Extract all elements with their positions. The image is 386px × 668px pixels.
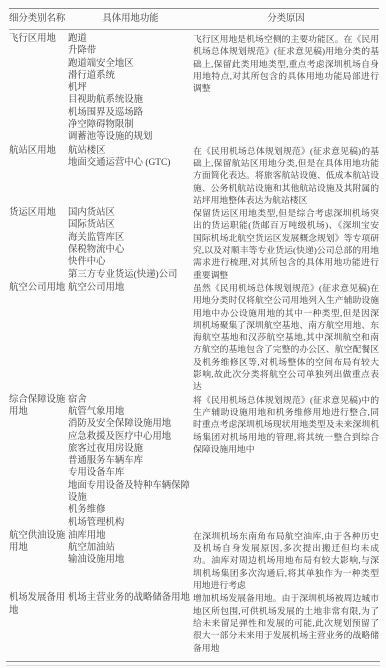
table-row-fuel-supply: 航空供油设施用地 油库用地 航空加油站 输油设施用地 在深圳机场东南角布局航空油… [9,530,379,591]
functions-cell: 航空公司用地 [68,282,193,294]
reason-cell: 虽然《民用机场总体规划规范》(征求意见稿)在用地分类时仅将航空公司用地列入生产辅… [193,282,379,393]
table-row-flight-area: 飞行区用地 跑道 升降带 跑道端安全地区 滑行道系统 机坪 目视助航系统设施 机… [9,33,379,144]
table-body: 飞行区用地 跑道 升降带 跑道端安全地区 滑行道系统 机坪 目视助航系统设施 机… [9,30,379,654]
category-cell: 航空供油设施用地 [9,530,68,555]
reason-cell: 在深圳机场东南角布局航空油库,由于各种历史及机场自身发展原因,多次提出搬迁但均未… [193,530,379,591]
table-row-reserve-land: 机场发展备用地 机场主营业务的战略储备用地 增加机场发展备用地。由于深圳机场被周… [9,592,379,653]
reason-cell: 飞行区用地是机场空侧的主要功能区。在《民用机场总体规划规范》(征求意见稿)用地分… [193,33,379,94]
table-row-support-facilities: 综合保障设施用地 宿舍 航管气象用地 消防及安全保障设施用地 应急救援及医疗中心… [9,394,379,529]
document-page: 细分类别名称 具体用地功能 分类原因 飞行区用地 跑道 升降带 跑道端安全地区 … [0,0,386,668]
table-row-terminal-area: 航站区用地 航站楼区 地面交通运营中心 (GTC) 在《民用机场总体规划规范》(… [9,145,379,206]
header-category-name: 细分类别名称 [9,13,68,25]
reason-cell: 保留货运区用地类型,但是综合考虑深圳机场突出的货运职能(货邮百万吨级机场)、《深… [193,207,379,281]
functions-cell: 国内货站区 国际货站区 海关监管库区 保税物流中心 快件中心 第三方专业货运(快… [68,207,193,281]
category-cell: 机场发展备用地 [9,592,68,617]
table-bottom-rule-shadow [6,665,380,666]
category-cell: 货运区用地 [9,207,68,219]
functions-cell: 跑道 升降带 跑道端安全地区 滑行道系统 机坪 目视助航系统设施 机场围界及巡场… [68,33,193,144]
reason-cell: 在《民用机场总体规划规范》(征求意见稿)的基础上,保留航站区用地分类,但是在具体… [193,145,379,206]
table-row-cargo-area: 货运区用地 国内货站区 国际货站区 海关监管库区 保税物流中心 快件中心 第三方… [9,207,379,281]
category-cell: 飞行区用地 [9,33,68,45]
category-cell: 综合保障设施用地 [9,394,68,419]
header-land-functions: 具体用地功能 [68,13,193,25]
category-cell: 航站区用地 [9,145,68,157]
table-row-airline-land: 航空公司用地 航空公司用地 虽然《民用机场总体规划规范》(征求意见稿)在用地分类… [9,282,379,393]
table-header: 细分类别名称 具体用地功能 分类原因 [9,8,379,30]
functions-cell: 机场主营业务的战略储备用地 [68,592,193,604]
category-cell: 航空公司用地 [9,282,68,294]
table-bottom-rule [6,661,380,662]
header-classification-reason: 分类原因 [193,13,379,25]
reason-cell: 将《民用机场总体规划规范》(征求意见稿)中的生产辅助设施用地和机务维修用地进行整… [193,394,379,455]
functions-cell: 航站楼区 地面交通运营中心 (GTC) [68,145,193,170]
functions-cell: 油库用地 航空加油站 输油设施用地 [68,530,193,567]
functions-cell: 宿舍 航管气象用地 消防及安全保障设施用地 应急救援及医疗中心用地 旅客过夜用房… [68,394,193,529]
land-use-classification-table: 细分类别名称 具体用地功能 分类原因 飞行区用地 跑道 升降带 跑道端安全地区 … [9,8,379,654]
reason-cell: 增加机场发展备用地。由于深圳机场被周边城市地区所包围,可供机场发展的土地非常有限… [193,592,379,653]
